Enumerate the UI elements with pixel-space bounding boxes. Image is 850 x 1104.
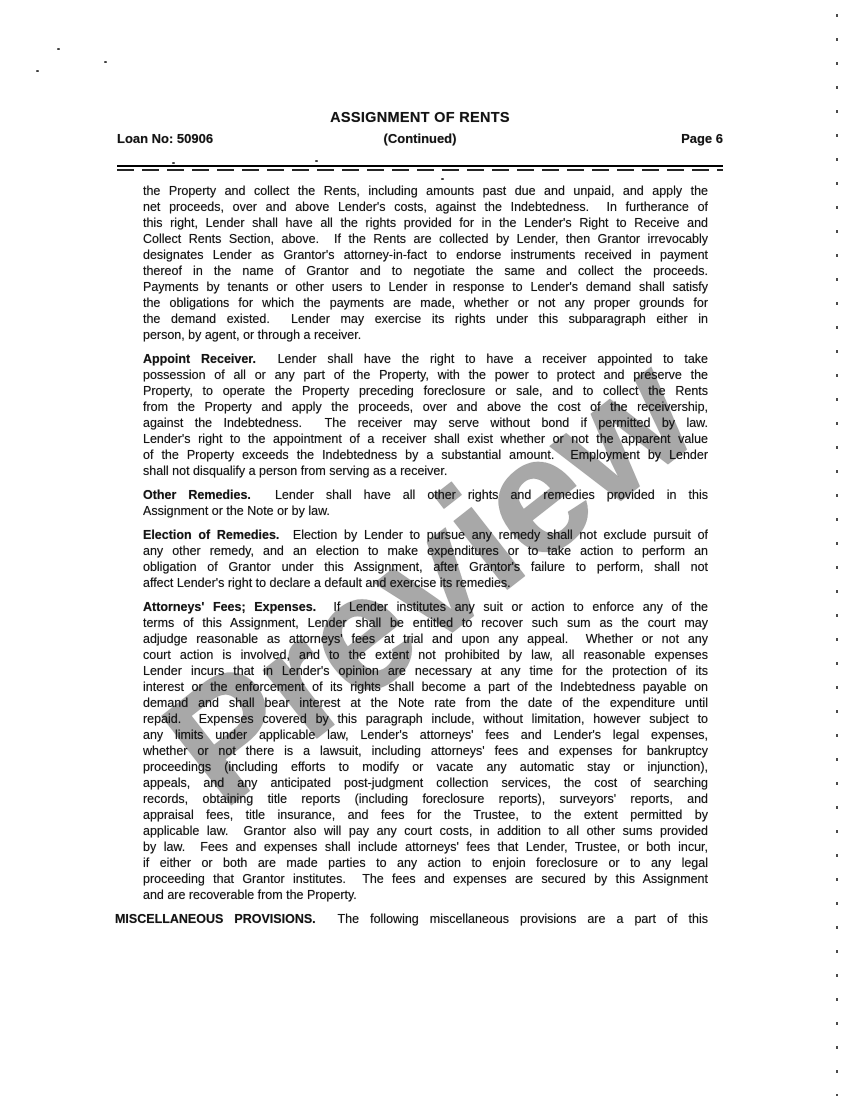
text-line: designates Lender as Grantor's attorney-…: [143, 247, 708, 263]
text-line: records, obtaining title reports (includ…: [143, 791, 708, 807]
text-line: appraisal fees, title insurance, and fee…: [143, 807, 708, 823]
scan-speck: [36, 70, 39, 72]
scan-speck: [104, 61, 107, 63]
text-line: the demand existed. Lender may exercise …: [143, 311, 708, 327]
scan-speck: [172, 162, 175, 164]
paragraph: Appoint Receiver. Lender shall have the …: [143, 351, 708, 479]
text-line: net proceeds, over and above Lender's co…: [143, 199, 708, 215]
text-line: Attorneys' Fees; Expenses. If Lender ins…: [143, 599, 708, 615]
text-line: proceeding that Grantor institutes. The …: [143, 871, 708, 887]
text-line: appeals, and any anticipated post-judgme…: [143, 775, 708, 791]
page-header: ASSIGNMENT OF RENTS Loan No: 50906 (Cont…: [117, 110, 723, 148]
page-number: Page 6: [681, 131, 723, 146]
text-line: Appoint Receiver. Lender shall have the …: [143, 351, 708, 367]
header-meta-row: Loan No: 50906 (Continued) Page 6: [117, 131, 723, 148]
document-page: Preview ASSIGNMENT OF RENTS Loan No: 509…: [0, 0, 850, 1104]
text-line: court action is involved, and to the ext…: [143, 647, 708, 663]
document-title: ASSIGNMENT OF RENTS: [117, 110, 723, 126]
text-line: applicable law. Grantor also will pay an…: [143, 823, 708, 839]
paragraph: MISCELLANEOUS PROVISIONS. The following …: [115, 911, 708, 927]
text-line: Property, to operate the Property preced…: [143, 383, 708, 399]
paragraph-heading: Other Remedies.: [143, 488, 251, 502]
text-line: Lender incurs that in Lender's opinion a…: [143, 663, 708, 679]
paragraph-heading: Election of Remedies.: [143, 528, 279, 542]
paragraph: Attorneys' Fees; Expenses. If Lender ins…: [143, 599, 708, 903]
text-line: Assignment or the Note or by law.: [143, 503, 708, 519]
paragraph: the Property and collect the Rents, incl…: [143, 183, 708, 343]
text-line: terms of this Assignment, Lender shall b…: [143, 615, 708, 631]
text-line: proceedings (including efforts to modify…: [143, 759, 708, 775]
paragraph: Election of Remedies. Election by Lender…: [143, 527, 708, 591]
text-line: Collect Rents Section, above. If the Ren…: [143, 231, 708, 247]
text-line: shall not disqualify a person from servi…: [143, 463, 708, 479]
text-line: repaid. Expenses covered by this paragra…: [143, 711, 708, 727]
text-line: Election of Remedies. Election by Lender…: [143, 527, 708, 543]
text-line: person, by agent, or through a receiver.: [143, 327, 708, 343]
header-rule-line: [117, 165, 723, 167]
text-line: of the Property exceeds the Indebtedness…: [143, 447, 708, 463]
text-line: thereof in the name of Grantor and to ne…: [143, 263, 708, 279]
text-line: and are recoverable from the Property.: [143, 887, 708, 903]
text-line: if either or both are made parties to an…: [143, 855, 708, 871]
document-body: the Property and collect the Rents, incl…: [115, 183, 708, 935]
header-rule: [117, 165, 723, 171]
text-line: the obligations for which the payments a…: [143, 295, 708, 311]
text-line: MISCELLANEOUS PROVISIONS. The following …: [115, 911, 708, 927]
text-line: by law. Fees and expenses shall include …: [143, 839, 708, 855]
paragraph: Other Remedies. Lender shall have all ot…: [143, 487, 708, 519]
scan-artifact-right-edge: [836, 14, 838, 1096]
paragraph-heading: Attorneys' Fees; Expenses.: [143, 600, 316, 614]
scan-speck: [315, 160, 318, 162]
text-line: demand and shall bear interest at the No…: [143, 695, 708, 711]
text-line: adjudge reasonable as attorneys' fees at…: [143, 631, 708, 647]
text-line: Other Remedies. Lender shall have all ot…: [143, 487, 708, 503]
text-line: any limits under applicable law, Lender'…: [143, 727, 708, 743]
paragraph-heading: MISCELLANEOUS PROVISIONS.: [115, 912, 316, 926]
text-line: obligation of Grantor under this Assignm…: [143, 559, 708, 575]
text-line: whether or not there is a lawsuit, inclu…: [143, 743, 708, 759]
text-line: any other remedy, and an election to mak…: [143, 543, 708, 559]
text-line: Lender's right to the appointment of a r…: [143, 431, 708, 447]
text-line: Payments by tenants or other users to Le…: [143, 279, 708, 295]
text-line: against the Indebtedness. The receiver m…: [143, 415, 708, 431]
text-line: this right, Lender shall have all the ri…: [143, 215, 708, 231]
text-line: affect Lender's right to declare a defau…: [143, 575, 708, 591]
text-line: from the Property and apply the proceeds…: [143, 399, 708, 415]
scan-speck: [57, 48, 60, 50]
continued-label: (Continued): [117, 131, 723, 146]
scan-speck: [441, 178, 444, 180]
text-line: the Property and collect the Rents, incl…: [143, 183, 708, 199]
text-line: possession of all or any part of the Pro…: [143, 367, 708, 383]
paragraph-heading: Appoint Receiver.: [143, 352, 256, 366]
header-rule-smudge: [117, 169, 723, 172]
text-line: interest or the enforcement of its right…: [143, 679, 708, 695]
